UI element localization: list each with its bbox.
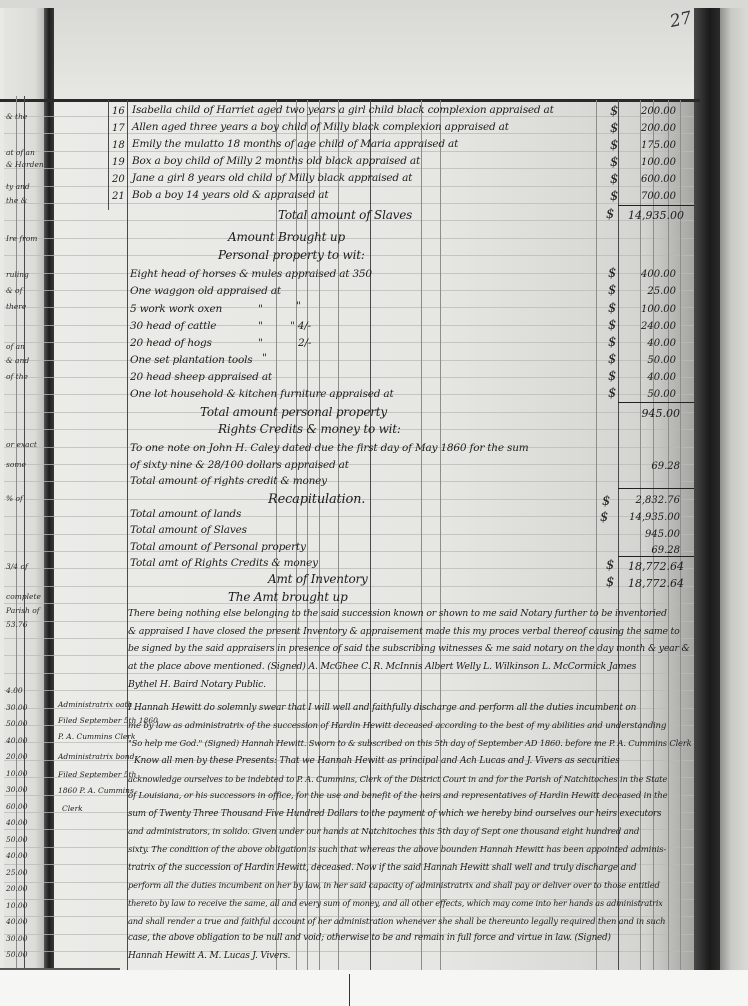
ruled-line (4, 586, 694, 587)
recap-label: Total amt of Rights Credits & money (130, 557, 318, 569)
paragraph-line: be signed by the said appraisers in pres… (128, 643, 690, 654)
row-number: 19 (112, 157, 125, 168)
rights-total-label: Total amount of rights credit & money (130, 475, 327, 487)
paragraph-line: and administrators, in solido. Given und… (128, 827, 639, 837)
unit-price: 2/- (298, 337, 311, 349)
paragraph-line: tratrix of the succession of Hardin Hewi… (128, 863, 636, 873)
ruled-line (4, 342, 694, 343)
amount: 25.00 (604, 286, 676, 297)
paragraph-line: Hannah Hewitt A. M. Lucas J. Vivers. (128, 951, 290, 961)
inventory-total: 18,772.64 (612, 577, 684, 590)
amount: 100.00 (604, 157, 676, 168)
paragraph-line: perform all the duties incumbent on her … (128, 880, 660, 890)
center-column-rule (440, 100, 441, 970)
paragraph-line: and shall render a true and faithful acc… (128, 916, 665, 926)
amount-column-rule (680, 100, 681, 970)
left-page-fragment: & Harden (6, 160, 44, 169)
margin-note-line: Administratrix bond. (58, 752, 137, 761)
row-number-column-rule (108, 100, 109, 210)
property-item: One set plantation tools (130, 354, 252, 366)
personal-property-heading: Personal property to wit: (218, 248, 365, 262)
row-number: 20 (112, 174, 125, 185)
ruled-line (4, 290, 694, 291)
scan-artifact-line (349, 974, 350, 1006)
recap-label: Total amount of lands (130, 508, 241, 520)
left-page-fragment: & of (6, 286, 22, 295)
left-page-fragment: 53.76 (6, 620, 27, 629)
amount: 240.00 (604, 321, 676, 332)
ruled-line (4, 673, 694, 674)
ditto-mark: " (258, 320, 263, 332)
amount-brought-up-label: The Amt brought up (228, 590, 348, 604)
paragraph-line: acknowledge ourselves to be indebted to … (128, 774, 667, 784)
margin-note-line: Filed September 5th (58, 770, 136, 779)
slaves-total-amount: 14,935.00 (612, 209, 684, 222)
slaves-total-label: Total amount of Slaves (278, 208, 412, 222)
left-page-amount: 20.00 (6, 752, 27, 761)
paragraph-line: of Louisiana, or his successors in offic… (128, 791, 668, 801)
left-page-amount: 25.00 (6, 868, 27, 877)
paragraph-line: There being nothing else belonging to th… (128, 608, 667, 619)
text-column-rule (127, 100, 128, 970)
ruled-line (4, 377, 694, 378)
paragraph-line: me by law as administratrix of the succe… (128, 721, 666, 731)
recap-label: Total amount of Personal property (130, 541, 306, 553)
sum-rule (618, 402, 694, 403)
slave-entry: Allen aged three years a boy child of Mi… (132, 121, 509, 133)
ruled-line (4, 690, 694, 691)
note-entry-line: To one note on John H. Caley dated due t… (130, 442, 529, 454)
amount-of-inventory-label: Amt of Inventory (268, 572, 368, 586)
left-page-amount: 4.00 (6, 686, 23, 695)
left-page-amount: 40.00 (6, 736, 27, 745)
page-header-band (54, 8, 694, 100)
property-item: Eight head of horses & mules appraised a… (130, 268, 372, 280)
amount: 700.00 (604, 191, 676, 202)
recap-label: Total amount of Slaves (130, 524, 247, 536)
left-page-fragment: % of (6, 494, 23, 503)
paragraph-line: at the place above mentioned. (Signed) A… (128, 661, 636, 672)
property-item: 20 head of hogs (130, 337, 212, 349)
ruled-line (4, 951, 694, 952)
paragraph-line: Know all men by these Presents: That we … (134, 756, 620, 766)
binding-gutter (44, 8, 54, 976)
left-page-fragment: of the (6, 372, 28, 381)
row-number: 18 (112, 140, 125, 151)
ruled-line (4, 621, 694, 622)
recap-total: 18,772.64 (612, 560, 684, 573)
ditto-mark: " (258, 303, 263, 315)
left-page-amount: 50.00 (6, 835, 27, 844)
slave-entry: Box a boy child of Milly 2 months old bl… (132, 155, 420, 167)
ruled-line (4, 481, 694, 482)
left-page-fragment: there (6, 302, 26, 311)
row-number: 16 (112, 106, 125, 117)
amount: 200.00 (604, 106, 676, 117)
slave-entry: Bob a boy 14 years old & appraised at (132, 189, 328, 201)
ruled-line (4, 238, 694, 239)
ruled-line (4, 325, 694, 326)
personal-property-total-label: Total amount personal property (200, 405, 387, 419)
margin-note-line: 1860 P. A. Cummins (58, 786, 134, 795)
slave-entry: Emily the mulatto 18 months of age child… (132, 138, 458, 150)
left-page-fragment: & and (6, 356, 29, 365)
left-page-fragment: ty and (6, 182, 30, 191)
left-page-fragment: 3/4 of (6, 562, 28, 571)
amount: 50.00 (604, 355, 676, 366)
left-page-amount: 40.00 (6, 917, 27, 926)
paragraph-line: sixty. The condition of the above obliga… (128, 845, 666, 855)
center-column-rule (421, 100, 422, 970)
ruled-line (4, 638, 694, 639)
note-amount: 69.28 (608, 461, 680, 472)
property-item: One waggon old appraised at (130, 285, 281, 297)
amount: 200.00 (604, 123, 676, 134)
recap-amount: 2,832.76 (608, 495, 680, 506)
property-item: 5 work work oxen (130, 303, 222, 315)
ruled-line (4, 307, 694, 308)
left-page-amount: 40.00 (6, 851, 27, 860)
recap-amount: 945.00 (608, 529, 680, 540)
scan-bottom-margin (0, 970, 748, 1006)
amount: 40.00 (604, 338, 676, 349)
amount: 400.00 (604, 269, 676, 280)
header-rule (0, 99, 700, 102)
ruled-line (4, 534, 694, 535)
recap-amount: 69.28 (608, 545, 680, 556)
left-page-amount: 50.00 (6, 719, 27, 728)
left-page-fragment: Ire from (6, 234, 37, 243)
left-page-fragment: Parish of (6, 606, 40, 615)
page-edge-shadow (694, 8, 720, 976)
ruled-line (4, 603, 694, 604)
margin-note-line: P. A. Cummins Clerk (58, 732, 135, 741)
left-page-amount: 50.00 (6, 950, 27, 959)
next-page-edge (720, 8, 748, 976)
left-page-fragment: complete (6, 592, 41, 601)
note-entry-line: of sixty nine & 28/100 dollars appraised… (130, 459, 349, 471)
left-page-amount: 10.00 (6, 769, 27, 778)
unit-price: " 4/- (290, 320, 311, 332)
ditto-mark: " (262, 352, 267, 364)
margin-note-line: Filed September 5th 1860 (58, 716, 158, 725)
ditto-mark: " (296, 300, 301, 312)
left-page-amount: 60.00 (6, 802, 27, 811)
left-page-fragment: ruling (6, 270, 29, 279)
left-page-fragment: of an (6, 342, 25, 351)
left-page-fragment: at of an (6, 148, 35, 157)
sum-rule (618, 205, 694, 206)
property-item: One lot household & kitchen furniture ap… (130, 388, 394, 400)
slave-entry: Isabella child of Harriet aged two years… (132, 104, 554, 116)
paragraph-line: "So help me God." (Signed) Hannah Hewitt… (128, 738, 692, 748)
left-page-amount: 40.00 (6, 818, 27, 827)
left-page-fragment: or exact (6, 440, 37, 449)
left-page-amount: 30.00 (6, 934, 27, 943)
recap-amount: 14,935.00 (608, 512, 680, 523)
center-column-rule (370, 100, 371, 970)
left-page-amount: 10.00 (6, 901, 27, 910)
left-page-fragment: & the (6, 112, 27, 121)
amount: 600.00 (604, 174, 676, 185)
paragraph-line: & appraised I have closed the present In… (128, 626, 679, 637)
row-number: 21 (112, 191, 125, 202)
property-item: 30 head of cattle (130, 320, 216, 332)
paragraph-line: sum of Twenty Three Thousand Five Hundre… (128, 809, 661, 819)
ruled-line (4, 655, 694, 656)
scan-top-margin (0, 0, 748, 8)
amount: 175.00 (604, 140, 676, 151)
left-page-fragment: some (6, 460, 26, 469)
dollar-column-rule (596, 100, 597, 970)
ditto-mark: " (258, 337, 263, 349)
personal-property-total: 945.00 (608, 407, 680, 420)
paragraph-line: case, the above obligation to be null an… (128, 933, 611, 943)
ruled-line (4, 568, 694, 569)
paragraph-line: thereto by law to receive the same, all … (128, 898, 663, 908)
left-page-amount: 30.00 (6, 785, 27, 794)
amount: 100.00 (604, 304, 676, 315)
left-page-amount: 30.00 (6, 703, 27, 712)
property-item: 20 head sheep appraised at (130, 371, 272, 383)
row-number: 17 (112, 123, 125, 134)
margin-note-line: Clerk (62, 804, 83, 813)
slave-entry: Jane a girl 8 years old child of Milly b… (132, 172, 412, 184)
amount-brought-up-heading: Amount Brought up (228, 230, 345, 244)
left-page-fragment: the & (6, 196, 27, 205)
recapitulation-heading: Recapitulation. (268, 492, 365, 507)
ruled-line (4, 464, 694, 465)
ruled-line (4, 551, 694, 552)
sum-rule (618, 488, 694, 489)
sum-rule (618, 556, 694, 557)
ledger-page (54, 8, 694, 970)
rights-credits-heading: Rights Credits & money to wit: (218, 422, 401, 436)
paragraph-line: Bythel H. Baird Notary Public. (128, 679, 266, 690)
scanned-ledger-image: 27 & the at of an & Harden ty and the & … (0, 0, 748, 1006)
amount: 50.00 (604, 389, 676, 400)
ruled-line (4, 516, 694, 517)
paragraph-line: I Hannah Hewitt do solemnly swear that I… (128, 703, 636, 713)
left-page-amount: 20.00 (6, 884, 27, 893)
margin-note-line: Administratrix oath (58, 700, 132, 709)
amount: 40.00 (604, 372, 676, 383)
ruled-line (4, 360, 694, 361)
